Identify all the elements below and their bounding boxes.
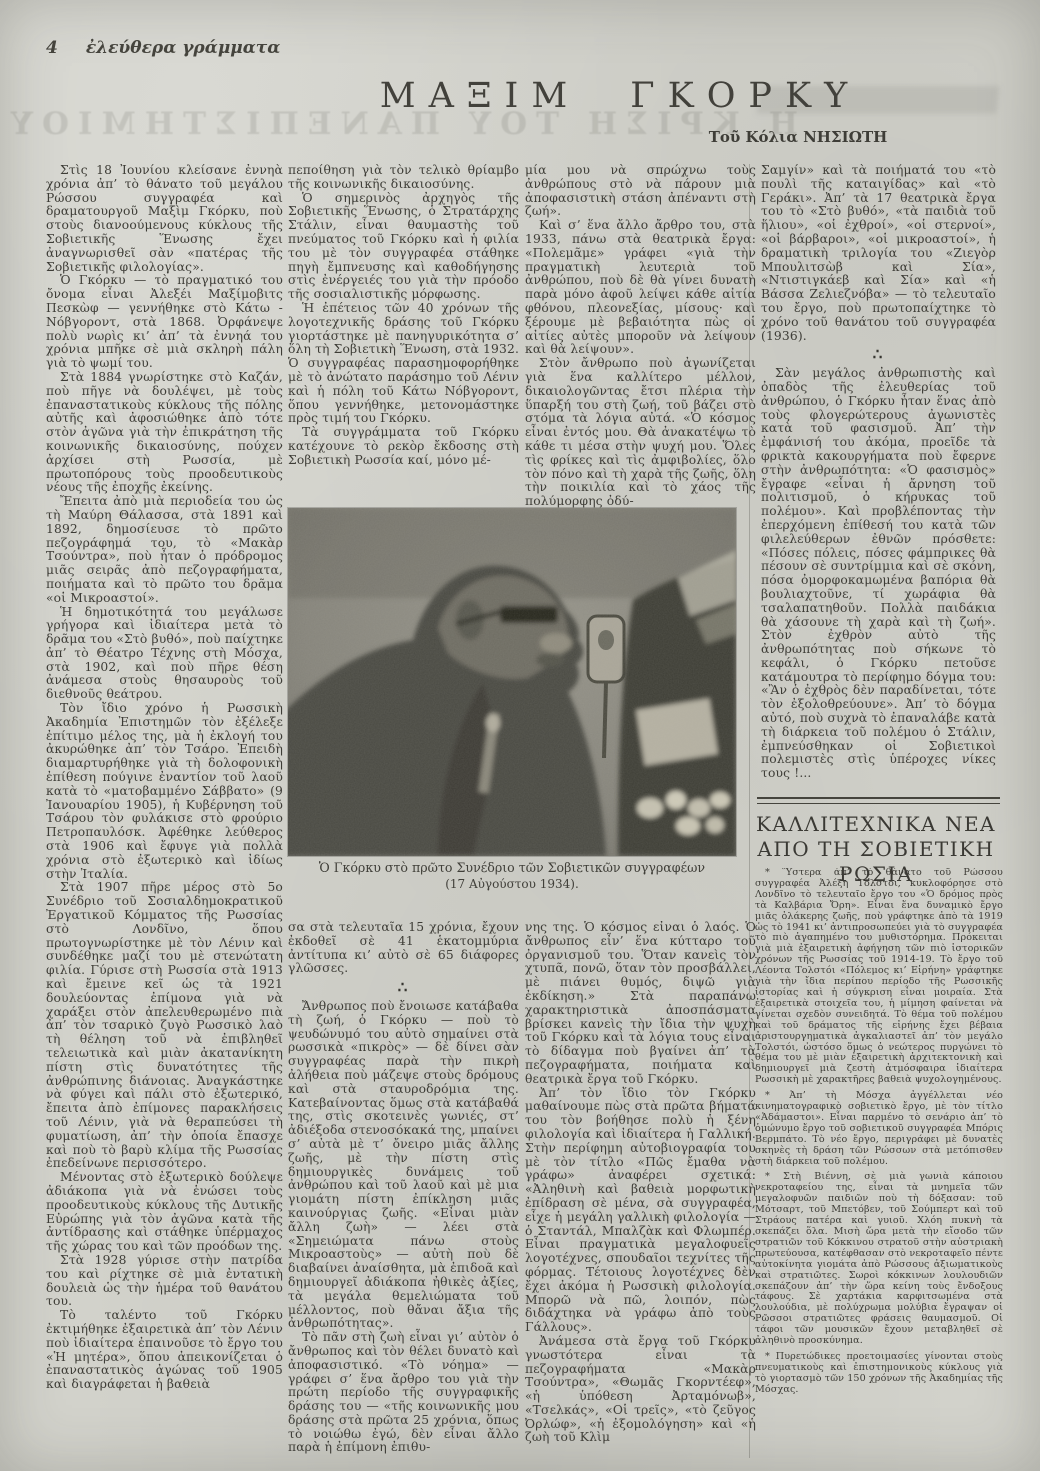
paragraph: Ἄνθρωπος ποὺ ἔνοιωσε κατάβαθα τὴ ζωή, ὁ … <box>288 1000 519 1331</box>
paragraph: Στὰ 1928 γύρισε στὴν πατρίδα του καὶ ρίχ… <box>46 1254 283 1309</box>
paragraph: Τὸ ταλέντο τοῦ Γκόρκυ ἐκτιμήθηκε ἐξαιρετ… <box>46 1309 283 1392</box>
paragraph: Ὁ σημερινὸς ἀρχηγὸς τῆς Σοβιετικῆς Ἕνωση… <box>288 192 519 302</box>
article-column-2-bottom: σα στὰ τελευταῖα 15 χρόνια, ἔχουν ἐκδοθε… <box>288 921 519 1461</box>
gorky-photo-illustration <box>288 508 736 856</box>
art-news-items: * Ὕστερα ἀπ’ τὸ θάνατο τοῦ Ρώσσου συγγρα… <box>755 868 1003 1460</box>
paragraph: * Ὕστερα ἀπ’ τὸ θάνατο τοῦ Ρώσσου συγγρα… <box>755 868 1003 1086</box>
column-rule <box>749 164 750 1458</box>
paragraph: Στὰ 1907 πῆρε μέρος στὸ 5ο Συνέδριο τοῦ … <box>46 881 283 1171</box>
paragraph: Ἀνάμεσα στὰ ἔργα τοῦ Γκόρκυ γνωστότερα ε… <box>525 1335 756 1445</box>
section-divider <box>757 797 1000 804</box>
paragraph: Καὶ σ’ ἕνα ἄλλο ἄρθρο του, στὰ 1933, πάν… <box>525 219 756 357</box>
article-byline: Τοῦ Κόλια ΝΗΣΙΩΤΗ <box>688 128 908 146</box>
ornament: ∴ <box>288 981 519 995</box>
article-headline: ΜΑΞΙΜ ΓΚΟΡΚΥ <box>300 76 940 116</box>
paragraph: Ἔπειτα ἀπὸ μιὰ περιοδεία του ὡς τὴ Μαύρη… <box>46 495 283 605</box>
paragraph: * Πυρετώδικες προετοιμασίες γίνονται στο… <box>755 1352 1003 1396</box>
paragraph: πεποίθηση γιὰ τὸν τελικὸ θρίαμβο τῆς κοι… <box>288 164 519 192</box>
paragraph: νης της. Ὁ κόσμος εἶναι ὁ λαός. Ὁ ἄνθρωπ… <box>525 921 756 1087</box>
paragraph: Μένοντας στὸ ἐξωτερικὸ δούλεψε ἀδιάκοπα … <box>46 1171 283 1254</box>
photo-caption-line1: Ὁ Γκόρκυ στὸ πρῶτο Συνέδριο τῶν Σοβιετικ… <box>288 860 736 875</box>
ornament: ∴ <box>761 348 996 362</box>
masthead-title: ἐλεύθερα γράμματα <box>86 38 280 58</box>
photo-caption: Ὁ Γκόρκυ στὸ πρῶτο Συνέδριο τῶν Σοβιετικ… <box>288 860 736 891</box>
paragraph: σα στὰ τελευταῖα 15 χρόνια, ἔχουν ἐκδοθε… <box>288 921 519 976</box>
paragraph: Ὁ Γκόρκυ — τὸ πραγματικό του ὄνομα εἶναι… <box>46 274 283 371</box>
paragraph: Τὰ συγγράμματα τοῦ Γκόρκυ κατέχουνε τὸ ρ… <box>288 426 519 467</box>
article-column-2-top: πεποίθηση γιὰ τὸν τελικὸ θρίαμβο τῆς κοι… <box>288 164 519 508</box>
paragraph: Ἀπ’ τὸν ἴδιο τὸν Γκόρκυ μαθαίνουμε πὼς σ… <box>525 1087 756 1335</box>
paragraph: Τὸν ἴδιο χρόνο ἡ Ρωσσικὴ Ἀκαδημία Ἐπιστη… <box>46 702 283 881</box>
paragraph: * Στὴ Βιέννη, σὲ μιὰ γωνιὰ κάποιου νεκρο… <box>755 1172 1003 1347</box>
paragraph: μία μου νὰ σπρώχνω τοὺς ἀνθρώπους στὸ νὰ… <box>525 164 756 219</box>
paragraph: Ἡ ἐπέτειος τῶν 40 χρόνων τῆς λογοτεχνικῆ… <box>288 302 519 426</box>
paragraph: Στὸν ἄνθρωπο ποὺ ἀγωνίζεται γιὰ ἕνα καλλ… <box>525 357 756 508</box>
art-news-title-line1: ΚΑΛΛΙΤΕΧΝΙΚΑ ΝΕΑ <box>748 812 1004 837</box>
article-column-1: Στὶς 18 Ἰουνίου κλείσανε ἐννηὰ χρόνια ἀπ… <box>46 164 283 1404</box>
paragraph: Στὶς 18 Ἰουνίου κλείσανε ἐννηὰ χρόνια ἀπ… <box>46 164 283 274</box>
paragraph: Τὸ πᾶν στὴ ζωὴ εἶναι γι’ αὐτὸν ὁ ἄνθρωπο… <box>288 1331 519 1455</box>
article-column-3-top: μία μου νὰ σπρώχνω τοὺς ἀνθρώπους στὸ νὰ… <box>525 164 756 508</box>
article-column-3-bottom: νης της. Ὁ κόσμος εἶναι ὁ λαός. Ὁ ἄνθρωπ… <box>525 921 756 1461</box>
photo-caption-line2: (17 Αὐγούστου 1934). <box>288 877 736 891</box>
paragraph: * Ἀπ’ τὴ Μόσχα ἀγγέλλεται νέο κινηματογρ… <box>755 1091 1003 1167</box>
article-column-4: Σαμγίν» καὶ τὰ ποιήματά του «τὸ πουλὶ τῆ… <box>761 164 996 796</box>
paragraph: Σὰν μεγάλος ἀνθρωπιστὴς καὶ ὀπαδὸς τῆς ἐ… <box>761 367 996 781</box>
page-number: 4 <box>46 38 58 58</box>
paragraph: Σαμγίν» καὶ τὰ ποιήματά του «τὸ πουλὶ τῆ… <box>761 164 996 343</box>
masthead: 4ἐλεύθερα γράμματα <box>46 38 280 58</box>
newspaper-page: 4ἐλεύθερα γράμματα Η ΚΡΙΣΗ ΤΟΥ ΠΑΝΕΠΙΣΤΗ… <box>0 0 1040 1471</box>
paragraph: Στὰ 1884 γνωρίστηκε στὸ Καζάν, ποὺ πῆγε … <box>46 371 283 495</box>
paragraph: Ἡ δημοτικότητά του μεγάλωσε γρήγορα καὶ … <box>46 606 283 703</box>
gorky-photo <box>288 508 736 856</box>
